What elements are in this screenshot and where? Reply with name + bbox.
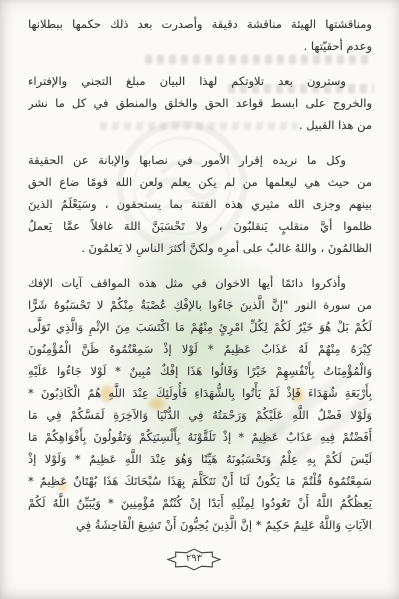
text-line: الظالمُونَ ، واللهُ غالبٌ على أمرِه ولكن… (28, 237, 372, 259)
paragraph: وأذكروا دائمًا أيها الاخوان في مثل هذه ا… (28, 272, 372, 536)
page-number-rosette: ٢٩٣ (167, 548, 221, 571)
text-line: لَيْسَ لَكُمْ بِهِ عِلْمٌ وَتَحْسَبُونَه… (28, 448, 372, 470)
text-line: سَمِعْتُمُوهُ قُلْتُمْ مَا يَكُونُ لَنَا… (28, 470, 372, 492)
text-line: وسترون بعد تلاوتكم لهذا البيان مبلغ التج… (28, 70, 372, 92)
text-line: ومناقشتها الهيئة مناقشة دقيقة وأصدرت بعد… (28, 13, 372, 35)
text-line: من حيث هي ليعلمها من لم يكن يعلم ولعن ال… (28, 171, 372, 193)
scanned-page: ومناقشتها الهيئة مناقشة دقيقة وأصدرت بعد… (0, 0, 399, 599)
text-line: والخروج على ابسط قواعد الحق والخلق والمن… (28, 92, 372, 114)
text-line: أَفَضْتُمْ فِيهِ عَذَابٌ عَظِيمٌ * إذْ ت… (28, 426, 372, 448)
text-line: كِبْرَهُ مِنْهُمْ لَهُ عَذَابٌ عَظِيمٌ *… (28, 338, 372, 360)
text-line: الآيَاتِ وَاللَّهُ عَلِيمٌ حَكِيمٌ * إنَ… (28, 514, 372, 536)
text-line: وَالْمُؤْمِنَاتُ بِأَنْفُسِهِمْ خَيْرًا … (28, 360, 372, 382)
paragraph: وسترون بعد تلاوتكم لهذا البيان مبلغ التج… (28, 70, 372, 136)
text-line: يَعِظُكُمُ اللَّهُ أَنْ تَعُودُوا لِمِثْ… (28, 492, 372, 514)
text-line: وعدم أحقيّتها . (28, 35, 372, 57)
text-line: من هذا القبيل . (28, 114, 372, 136)
body-text: ومناقشتها الهيئة مناقشة دقيقة وأصدرت بعد… (28, 13, 372, 536)
text-line: لَكُمْ بَلْ هُوَ خَيْرٌ لَكُمْ لِكُلِّ ا… (28, 316, 372, 338)
text-line: وَلَوْلا فَضْلُ اللَّهِ عَلَيْكُمْ وَرَح… (28, 404, 372, 426)
paragraph: وكل ما نريده إقرار الأمور في نصابها والإ… (28, 149, 372, 259)
text-line: ظلموا أيَّ منقلبٍ يَنقلبُونَ ، ولا تَحْس… (28, 215, 372, 237)
text-line: وأذكروا دائمًا أيها الاخوان في مثل هذه ا… (28, 272, 372, 294)
text-line: بِأَرْبَعَةِ شُهَدَاءَ فَإذْ لَمْ يَأْتُ… (28, 382, 372, 404)
text-line: من سورة النور "إنَّ الَّذينَ جَاءُوا بال… (28, 294, 372, 316)
page-number: ٢٩٣ (167, 548, 221, 570)
paragraph: ومناقشتها الهيئة مناقشة دقيقة وأصدرت بعد… (28, 13, 372, 57)
text-line: بينهم وجزى الله مثيري هذه الفتنة بما يست… (28, 193, 372, 215)
text-line: وكل ما نريده إقرار الأمور في نصابها والإ… (28, 149, 372, 171)
